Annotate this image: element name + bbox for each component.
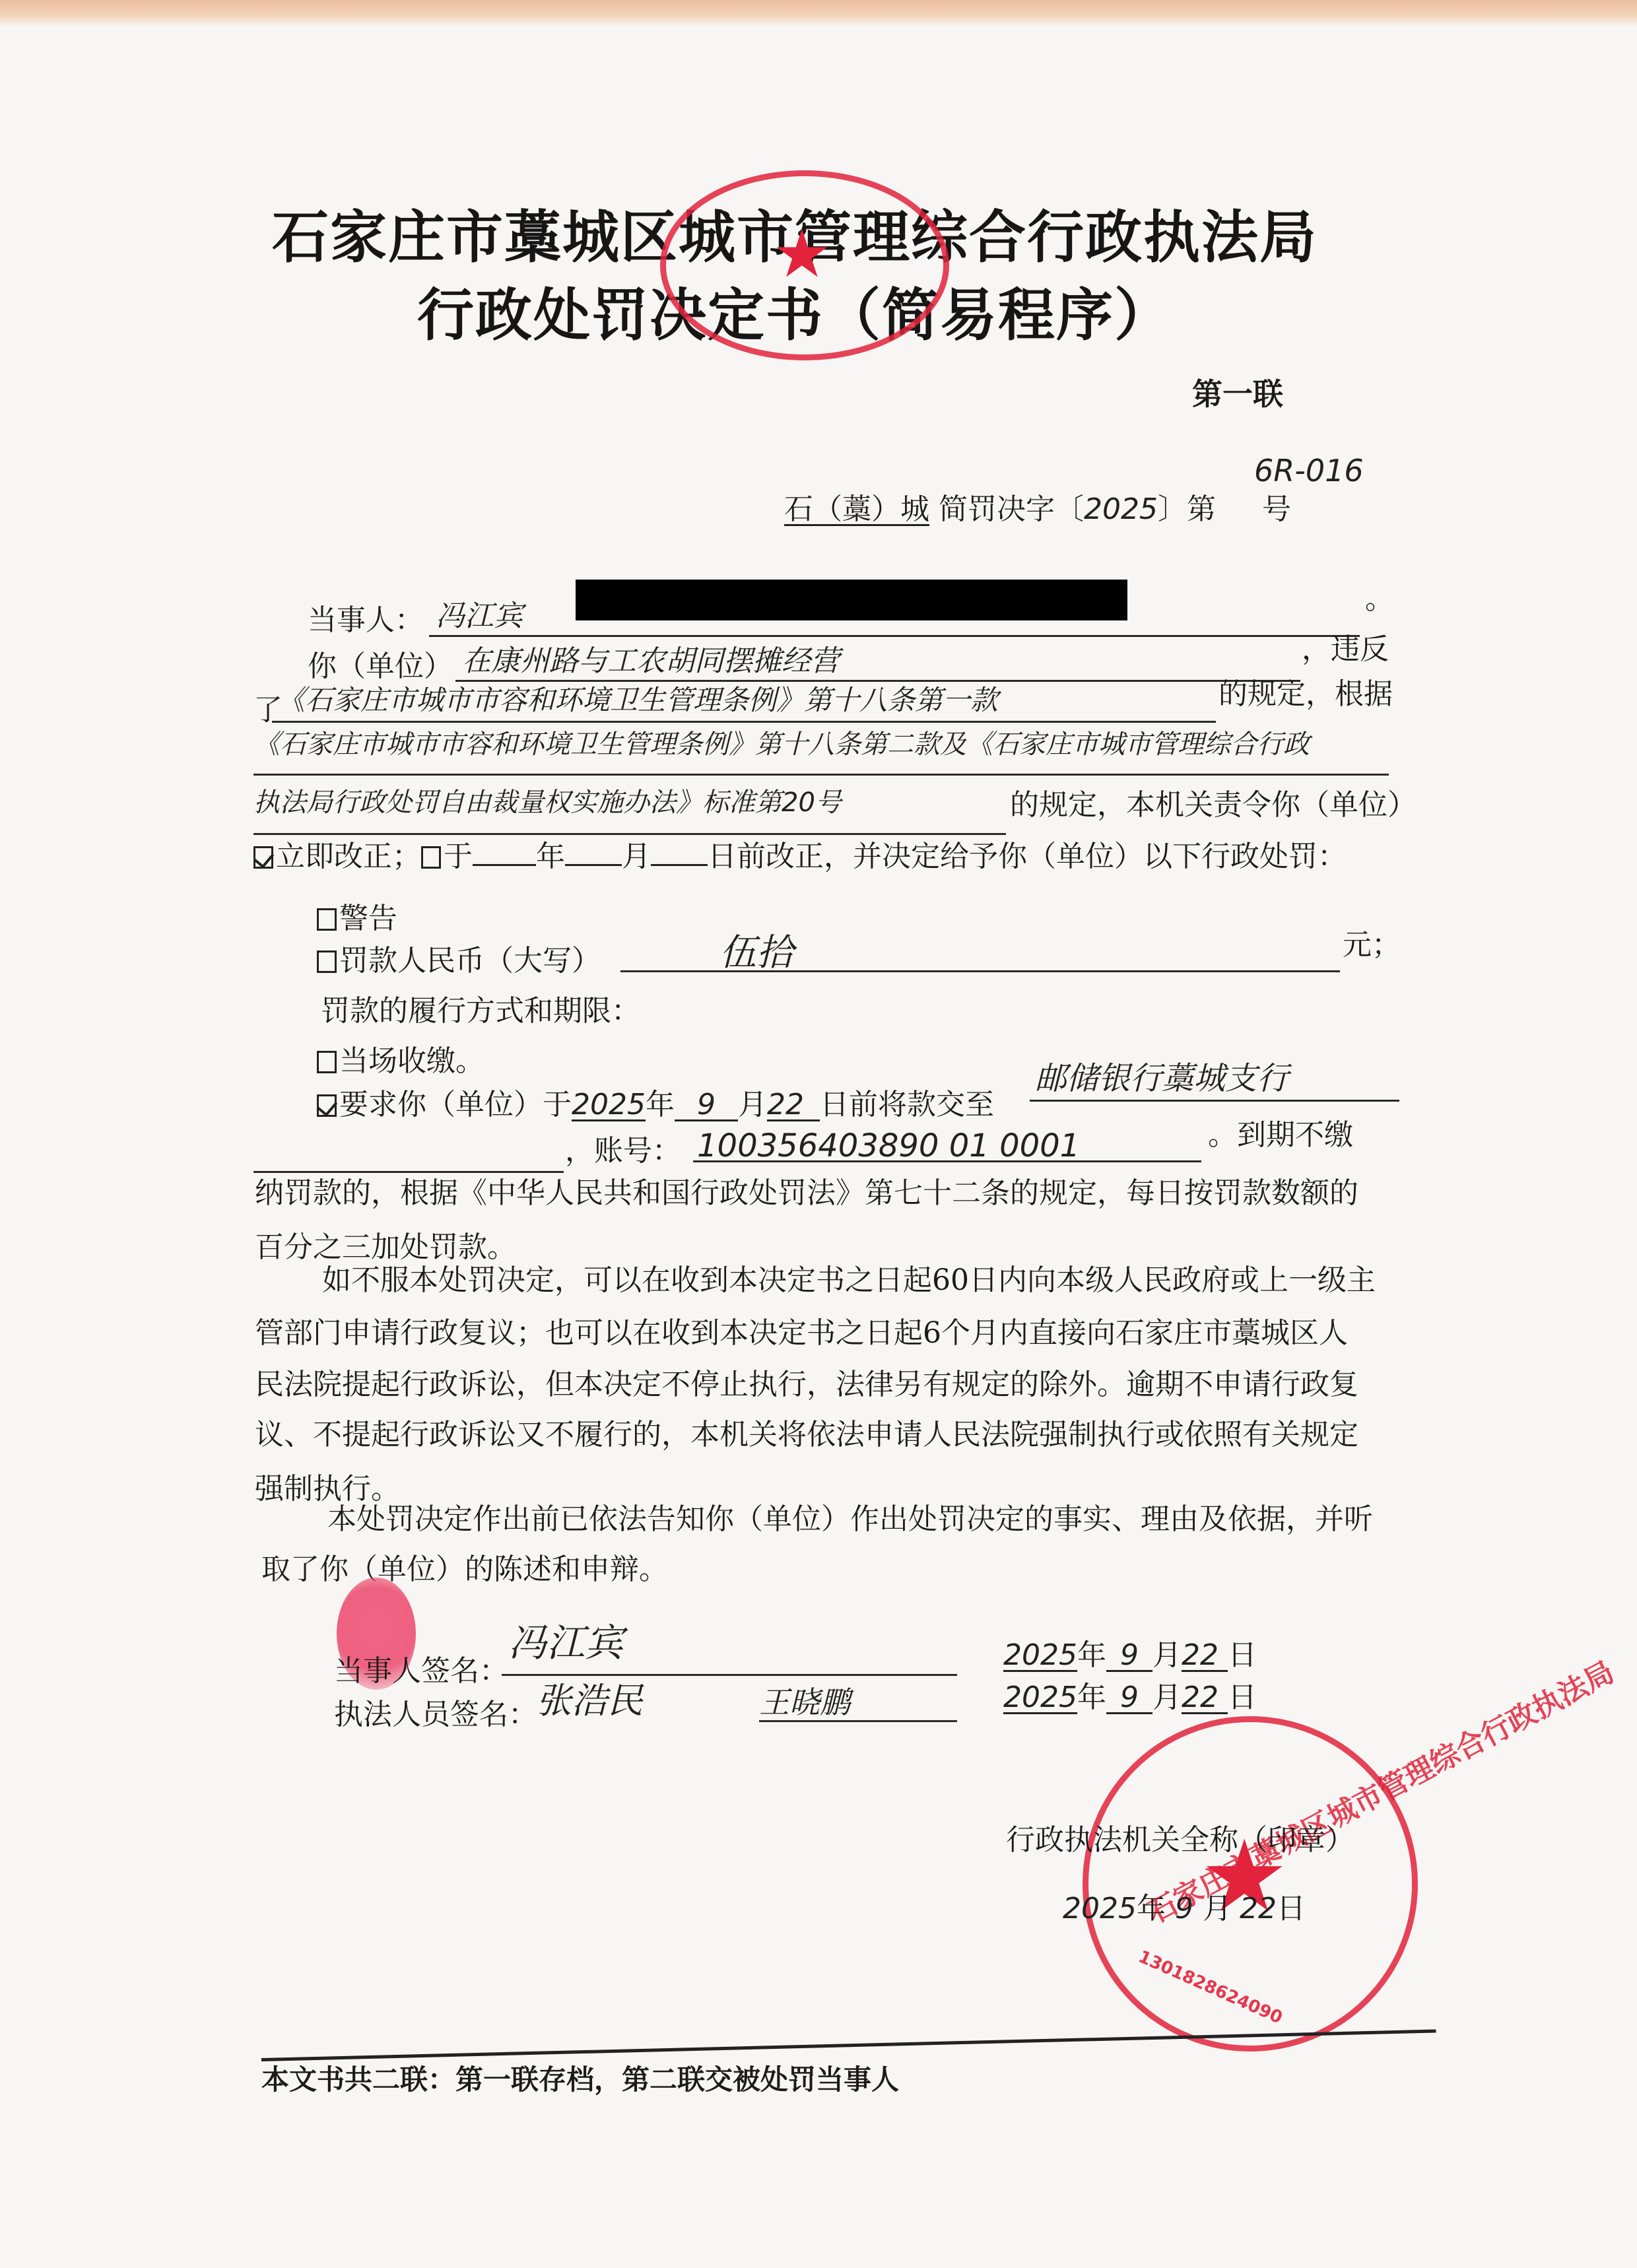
violated-regulation: 《石家庄市城市市容和环境卫生管理条例》第十八条第一款 bbox=[277, 686, 998, 714]
doc-number-year: 2025 bbox=[1084, 492, 1158, 526]
violate-suffix: ，违反 bbox=[1302, 635, 1389, 664]
account-fill-line bbox=[693, 1160, 1201, 1162]
appeal-line-3: 民法院提起行政诉讼，但本决定不停止执行，法律另有规定的除外。逾期不申请行政复 bbox=[255, 1370, 1358, 1399]
bank-fill-line-2 bbox=[253, 1171, 564, 1173]
payee-bank: 邮储银行藁城支行 bbox=[1035, 1063, 1288, 1094]
transfer-year: 2025 bbox=[572, 1090, 646, 1121]
basis-fill-line1 bbox=[253, 774, 1389, 776]
doc-number-bracket-open: 〔 bbox=[1055, 492, 1084, 526]
notice-line-1: 本处罚决定作出前已依法告知你（单位）作出处罚决定的事实、理由及依据，并听 bbox=[327, 1505, 1373, 1534]
authority-date-month-label: 月 bbox=[1203, 1892, 1232, 1925]
fine-label: 罚款人民币（大写） bbox=[339, 944, 601, 978]
warning-label: 警告 bbox=[339, 902, 397, 935]
transfer-year-label: 年 bbox=[646, 1088, 675, 1121]
doc-number-bracket-close: 〕 bbox=[1158, 492, 1187, 526]
document-number: 石（藁）城简罚决字〔2025〕第号 bbox=[784, 495, 1291, 526]
party-label: 当事人： bbox=[308, 606, 424, 635]
immediate-correction-label: 立即改正； bbox=[276, 840, 421, 873]
correction-day-field[interactable] bbox=[651, 864, 708, 866]
party-sign-month: 9 bbox=[1106, 1641, 1153, 1672]
basis-fill-line2 bbox=[253, 833, 1006, 835]
on-site-label: 当场收缴。 bbox=[339, 1044, 484, 1078]
correction-month-label: 月 bbox=[622, 840, 651, 873]
authority-date-year-label: 年 bbox=[1137, 1892, 1166, 1925]
officer-sign-month: 9 bbox=[1106, 1683, 1153, 1714]
bank-fill-line bbox=[1030, 1100, 1399, 1102]
order-suffix: 的规定，本机关责令你（单位） bbox=[1010, 791, 1417, 820]
overdue-text-3: 百分之三加处罚款。 bbox=[255, 1233, 516, 1262]
copy-label: 第一联 bbox=[1192, 379, 1283, 409]
officer-signature-1: 张浩民 bbox=[536, 1683, 643, 1719]
overdue-text-1: 。到期不缴 bbox=[1208, 1121, 1353, 1150]
fine-amount: 伍拾 bbox=[719, 935, 793, 972]
appeal-line-5: 强制执行。 bbox=[255, 1475, 400, 1504]
dated-correction-prefix: 于 bbox=[444, 840, 473, 873]
authority-date-day: 22 bbox=[1240, 1892, 1277, 1925]
officer-sign-year: 2025 bbox=[1003, 1683, 1077, 1714]
appeal-line-1: 如不服本处罚决定，可以在收到本决定书之日起60日内向本级人民政府或上一级主 bbox=[322, 1266, 1376, 1295]
notice-line-2: 取了你（单位）的陈述和申辩。 bbox=[261, 1555, 668, 1584]
redaction-box bbox=[576, 580, 1127, 620]
officer-sign-date: 2025年9月22日 bbox=[1003, 1683, 1257, 1714]
party-signature-label: 当事人签名： bbox=[334, 1657, 508, 1686]
fine-unit: 元； bbox=[1343, 931, 1401, 960]
doc-number-type: 简罚决字 bbox=[939, 492, 1055, 526]
officer-signature-label: 执法人员签名： bbox=[334, 1700, 537, 1729]
conduct-fill-line bbox=[455, 680, 1300, 682]
regulation-fill-line bbox=[272, 721, 1216, 723]
officer-signature-2: 王晓鹏 bbox=[759, 1687, 850, 1718]
transfer-day-label: 日前将款交至 bbox=[820, 1088, 994, 1121]
transfer-day: 22 bbox=[767, 1090, 820, 1121]
warning-option: 警告 bbox=[317, 904, 397, 933]
appeal-line-4: 议、不提起行政诉讼又不履行的，本机关将依法申请人民法院强制执行或依照有关规定 bbox=[255, 1420, 1358, 1450]
officer-signature-line bbox=[759, 1720, 957, 1722]
officer-sign-day: 22 bbox=[1182, 1683, 1228, 1714]
footer-note: 本文书共二联：第一联存档，第二联交被处罚当事人 bbox=[261, 2066, 899, 2094]
unit-label: 你（单位） bbox=[308, 652, 453, 681]
on-site-checkbox[interactable] bbox=[317, 1051, 337, 1073]
party-sign-date: 2025年9月22日 bbox=[1003, 1641, 1257, 1672]
legal-basis-line2: 执法局行政处罚自由裁量权实施办法》标准第20号 bbox=[253, 789, 842, 816]
party-end-mark: 。 bbox=[1365, 585, 1394, 614]
transfer-checkbox[interactable] bbox=[317, 1094, 337, 1117]
violation-conduct: 在康州路与工农胡同摆摊经营 bbox=[462, 647, 840, 676]
party-name: 冯江宾 bbox=[436, 602, 523, 631]
payment-heading: 罚款的履行方式和期限： bbox=[321, 997, 640, 1026]
correction-day-label: 日前改正，并决定给予你（单位）以下行政处罚： bbox=[708, 840, 1347, 873]
party-sign-month-label: 月 bbox=[1153, 1638, 1182, 1672]
fine-option: 罚款人民币（大写） bbox=[317, 947, 601, 976]
correction-row: 立即改正；于年月日前改正，并决定给予你（单位）以下行政处罚： bbox=[253, 842, 1347, 871]
authority-date-month: 9 bbox=[1175, 1892, 1193, 1925]
dated-correction-checkbox[interactable] bbox=[421, 846, 441, 869]
correction-year-label: 年 bbox=[536, 840, 565, 873]
party-signature: 冯江宾 bbox=[508, 1624, 623, 1662]
on-site-option: 当场收缴。 bbox=[317, 1047, 484, 1076]
torn-paper-edge bbox=[0, 0, 1637, 26]
party-signature-line bbox=[502, 1674, 957, 1676]
authority-date: 2025年9月22日 bbox=[1063, 1894, 1306, 1923]
warning-checkbox[interactable] bbox=[317, 908, 337, 931]
doc-number-hao: 号 bbox=[1262, 492, 1291, 526]
legal-basis-line1: 《石家庄市城市市容和环境卫生管理条例》第十八条第二款及《石家庄市城市管理综合行政 bbox=[253, 731, 1310, 758]
authority-date-year: 2025 bbox=[1063, 1892, 1137, 1925]
account-label: ，账号： bbox=[565, 1137, 681, 1166]
transfer-label: 要求你（单位）于 bbox=[339, 1088, 572, 1121]
correction-year-field[interactable] bbox=[473, 864, 536, 866]
party-sign-year-label: 年 bbox=[1077, 1638, 1106, 1672]
appeal-line-2: 管部门申请行政复议；也可以在收到本决定书之日起6个月内直接向石家庄市藁城区人 bbox=[255, 1319, 1348, 1348]
officer-sign-day-label: 日 bbox=[1228, 1681, 1257, 1714]
party-sign-day: 22 bbox=[1182, 1641, 1228, 1672]
seal-star-icon: ★ bbox=[772, 221, 832, 287]
officer-sign-year-label: 年 bbox=[1077, 1681, 1106, 1714]
doc-serial-number: 6R-016 bbox=[1254, 455, 1364, 486]
officer-sign-month-label: 月 bbox=[1153, 1681, 1182, 1714]
overdue-text-2: 纳罚款的，根据《中华人民共和国行政处罚法》第七十二条的规定，每日按罚款数额的 bbox=[255, 1179, 1358, 1208]
fine-fill-line bbox=[620, 970, 1340, 972]
provision-suffix: 的规定，根据 bbox=[1219, 680, 1393, 709]
correction-month-field[interactable] bbox=[565, 864, 622, 866]
party-sign-day-label: 日 bbox=[1228, 1638, 1257, 1672]
authority-label: 行政执法机关全称（印章） bbox=[1006, 1826, 1354, 1855]
doc-number-prefix: 石（藁）城 bbox=[784, 495, 929, 526]
immediate-correction-checkbox[interactable] bbox=[253, 846, 273, 869]
party-fill-line bbox=[429, 635, 1360, 637]
party-sign-year: 2025 bbox=[1003, 1641, 1077, 1672]
transfer-option: 要求你（单位）于2025年9月22日前将款交至 bbox=[317, 1090, 994, 1121]
account-number: 100356403890 01 0001 bbox=[697, 1130, 1080, 1162]
transfer-month-label: 月 bbox=[738, 1088, 767, 1121]
doc-number-di: 第 bbox=[1187, 492, 1216, 526]
transfer-month: 9 bbox=[675, 1090, 738, 1121]
authority-date-day-label: 日 bbox=[1277, 1892, 1306, 1925]
fine-checkbox[interactable] bbox=[317, 951, 337, 973]
